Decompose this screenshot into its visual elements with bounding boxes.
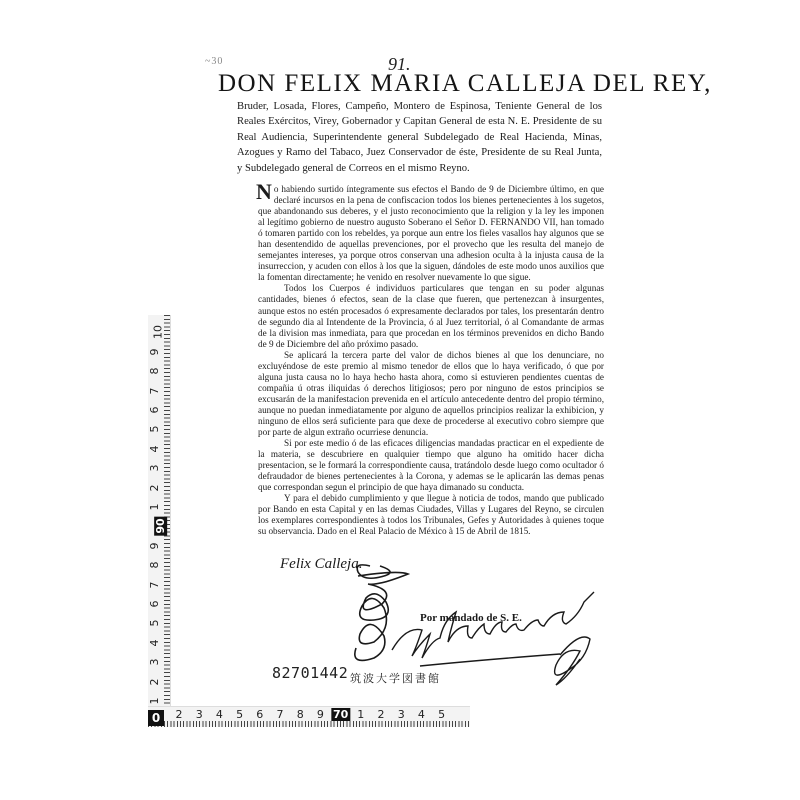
ruler-h-label: 2: [176, 708, 183, 721]
ruler-h-label: 8: [297, 708, 304, 721]
ruler-v-label: 8: [148, 368, 161, 375]
horizontal-ruler: 234567897012345: [148, 706, 470, 727]
ruler-h-label: 1: [357, 708, 364, 721]
vertical-ruler-ticks: [164, 315, 170, 715]
printed-signature: Felix Calleja.: [280, 556, 362, 573]
ruler-v-label: 1: [148, 504, 161, 511]
ruler-v-label: 4: [148, 639, 161, 646]
ruler-v-label: 2: [148, 484, 161, 491]
decree-body: No habiendo surtido íntegramente sus efe…: [258, 184, 604, 538]
drop-cap: N: [256, 184, 272, 200]
horizontal-ruler-ticks: [148, 721, 470, 727]
pencil-mark: ~30: [205, 56, 223, 67]
ruler-v-label: 6: [148, 601, 161, 608]
ruler-v-label: 8: [148, 562, 161, 569]
ruler-h-label: 4: [418, 708, 425, 721]
ruler-h-label: 5: [236, 708, 243, 721]
ruler-h-label: 6: [256, 708, 263, 721]
paragraph-1-text: o habiendo surtido íntegramente sus efec…: [258, 184, 604, 282]
ruler-v-label: 9: [148, 348, 161, 355]
ruler-v-label: 4: [148, 445, 161, 452]
ruler-v-label: 5: [148, 426, 161, 433]
paragraph-2: Todos los Cuerpos é individuos particula…: [258, 283, 604, 349]
document-heading: DON FELIX MARIA CALLEJA DEL REY,: [218, 70, 608, 98]
ruler-h-label: 7: [277, 708, 284, 721]
ruler-v-label: 7: [148, 387, 161, 394]
ruler-v-label: 7: [148, 581, 161, 588]
ruler-h-label: 5: [438, 708, 445, 721]
ruler-origin-label: 0: [148, 710, 164, 726]
ruler-v-label: 9: [148, 542, 161, 549]
ruler-h-label: 2: [378, 708, 385, 721]
ruler-h-label: 70: [331, 708, 350, 721]
ruler-v-label: 5: [148, 620, 161, 627]
vertical-ruler: 1234567899012345678910: [148, 315, 171, 715]
ruler-v-label: 1: [148, 698, 161, 705]
ruler-h-label: 9: [317, 708, 324, 721]
paragraph-3: Se aplicará la tercera parte del valor d…: [258, 350, 604, 438]
ruler-v-label: 90: [154, 517, 167, 536]
ruler-v-label: 3: [148, 659, 161, 666]
ruler-h-label: 3: [196, 708, 203, 721]
paragraph-5: Y para el debido cumplimiento y que lleg…: [258, 493, 604, 537]
ruler-h-label: 4: [216, 708, 223, 721]
ruler-h-label: 3: [398, 708, 405, 721]
library-stamp: 筑波大学図書館: [350, 670, 441, 686]
por-mandado-line: Por mandado de S. E.: [420, 612, 522, 624]
ruler-v-label: 3: [148, 465, 161, 472]
ruler-v-label: 2: [148, 678, 161, 685]
ruler-v-label: 10: [152, 325, 165, 339]
paragraph-1: No habiendo surtido íntegramente sus efe…: [258, 184, 604, 283]
paragraph-4: Si por este medio ó de las eficaces dili…: [258, 438, 604, 493]
document-titles: Bruder, Losada, Flores, Campeño, Montero…: [237, 99, 602, 176]
call-number: 82701442: [272, 664, 348, 682]
ruler-v-label: 6: [148, 407, 161, 414]
